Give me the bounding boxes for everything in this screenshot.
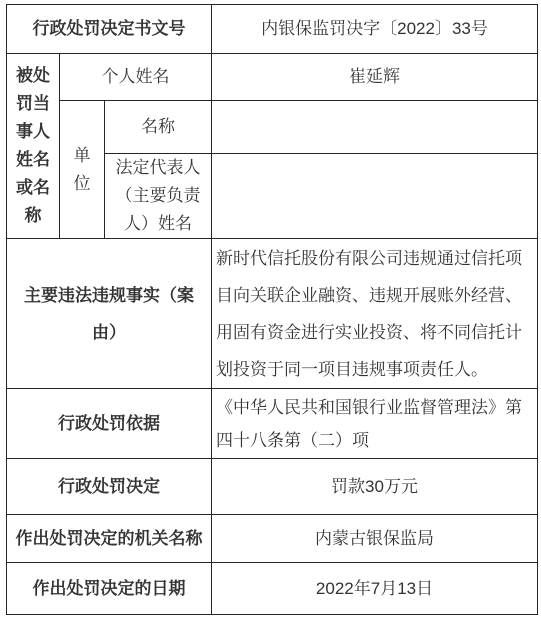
table-row-personal-name: 被处罚当事人姓名或名称 个人姓名 崔延辉 xyxy=(7,54,538,101)
personal-name-label: 个人姓名 xyxy=(60,54,212,101)
table-row-doc-number: 行政处罚决定书文号 内银保监罚决字〔2022〕33号 xyxy=(7,5,538,54)
party-name-label: 被处罚当事人姓名或名称 xyxy=(7,54,60,239)
unit-label: 单位 xyxy=(60,101,105,239)
table-row-basis: 行政处罚依据 《中华人民共和国银行业监督管理法》第四十八条第（二）项 xyxy=(7,389,538,459)
doc-number-value: 内银保监罚决字〔2022〕33号 xyxy=(212,5,538,54)
authority-label: 作出处罚决定的机关名称 xyxy=(7,515,212,563)
basis-label: 行政处罚依据 xyxy=(7,389,212,459)
penalty-decision-document: 行政处罚决定书文号 内银保监罚决字〔2022〕33号 被处罚当事人姓名或名称 个… xyxy=(0,0,541,615)
table-row-facts: 主要违法违规事实（案由） 新时代信托股份有限公司违规通过信托项目向关联企业融资、… xyxy=(7,239,538,389)
decision-label: 行政处罚决定 xyxy=(7,459,212,515)
authority-value: 内蒙古银保监局 xyxy=(212,515,538,563)
penalty-table: 行政处罚决定书文号 内银保监罚决字〔2022〕33号 被处罚当事人姓名或名称 个… xyxy=(6,4,538,615)
personal-name-value: 崔延辉 xyxy=(212,54,538,101)
legal-rep-label: 法定代表人（主要负责人）姓名 xyxy=(105,154,212,239)
unit-name-label: 名称 xyxy=(105,101,212,154)
date-label: 作出处罚决定的日期 xyxy=(7,563,212,615)
table-row-authority: 作出处罚决定的机关名称 内蒙古银保监局 xyxy=(7,515,538,563)
unit-name-value xyxy=(212,101,538,154)
facts-label: 主要违法违规事实（案由） xyxy=(7,239,212,389)
basis-value: 《中华人民共和国银行业监督管理法》第四十八条第（二）项 xyxy=(212,389,538,459)
legal-rep-value xyxy=(212,154,538,239)
date-value: 2022年7月13日 xyxy=(212,563,538,615)
facts-value: 新时代信托股份有限公司违规通过信托项目向关联企业融资、违规开展账外经营、用固有资… xyxy=(212,239,538,389)
doc-number-label: 行政处罚决定书文号 xyxy=(7,5,212,54)
table-row-decision: 行政处罚决定 罚款30万元 xyxy=(7,459,538,515)
table-row-unit-name: 单位 名称 xyxy=(7,101,538,154)
table-row-date: 作出处罚决定的日期 2022年7月13日 xyxy=(7,563,538,615)
decision-value: 罚款30万元 xyxy=(212,459,538,515)
